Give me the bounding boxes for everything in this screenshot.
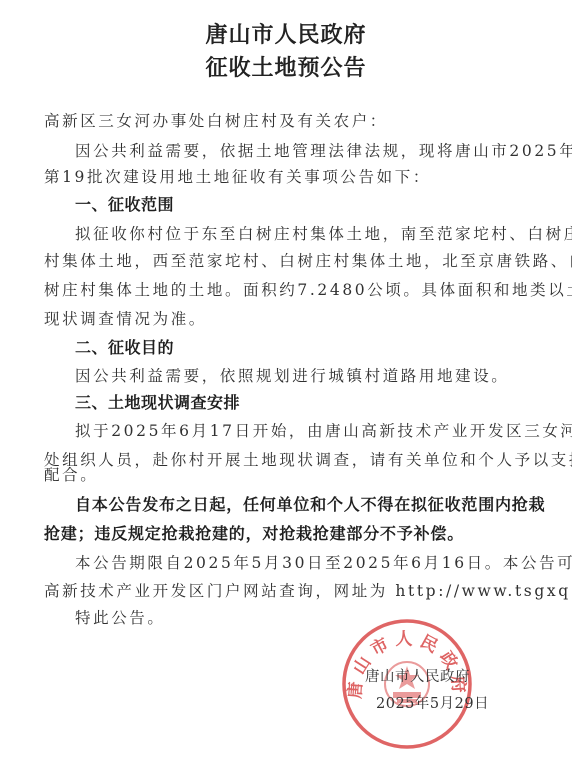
section-heading-scope: 一、征收范围 [75, 195, 565, 215]
intro-line-2: 第19批次建设用地土地征收有关事项公告如下： [44, 167, 534, 187]
period-line-2: 高新技术产业开发区门户网站查询，网址为 http://www.tsgxq.gov… [44, 581, 534, 601]
warning-line-1: 自本公告发布之日起，任何单位和个人不得在拟征收范围内抢栽 [75, 495, 565, 515]
section-heading-survey: 三、土地现状调查安排 [75, 393, 565, 413]
addressee: 高新区三女河办事处白树庄村及有关农户： [44, 111, 534, 131]
scope-line-2: 村集体土地，西至范家坨村、白树庄村集体土地，北至京唐铁路、白 [44, 251, 534, 271]
notice-title: 征收土地预公告 [0, 51, 572, 82]
survey-line-1: 拟于2025年6月17日开始，由唐山高新技术产业开发区三女河办事 [75, 421, 565, 441]
scope-line-3: 树庄村集体土地的土地。面积约7.2480公顷。具体面积和地类以土地 [44, 280, 534, 300]
signature-issuer: 唐山市人民政府 [365, 665, 470, 686]
intro-line-1: 因公共利益需要，依据土地管理法律法规，现将唐山市2025年度 [75, 141, 565, 161]
closing-line: 特此公告。 [75, 608, 565, 628]
notice-page: 唐山市人民政府 征收土地预公告 高新区三女河办事处白树庄村及有关农户： 因公共利… [0, 0, 572, 758]
scope-line-1: 拟征收你村位于东至白树庄村集体土地，南至范家坨村、白树庄 [75, 224, 565, 244]
issuer-title: 唐山市人民政府 [0, 18, 572, 49]
purpose-line-1: 因公共利益需要，依照规划进行城镇村道路用地建设。 [75, 366, 565, 386]
scope-line-4: 现状调查情况为准。 [44, 309, 534, 329]
warning-line-2: 抢建；违反规定抢栽抢建的，对抢栽抢建部分不予补偿。 [44, 524, 534, 544]
section-heading-purpose: 二、征收目的 [75, 338, 565, 358]
period-line-1: 本公告期限自2025年5月30日至2025年6月16日。本公告可在唐山 [75, 553, 565, 573]
signature-date: 2025年5月29日 [376, 692, 489, 713]
survey-line-3: 配合。 [44, 465, 534, 485]
